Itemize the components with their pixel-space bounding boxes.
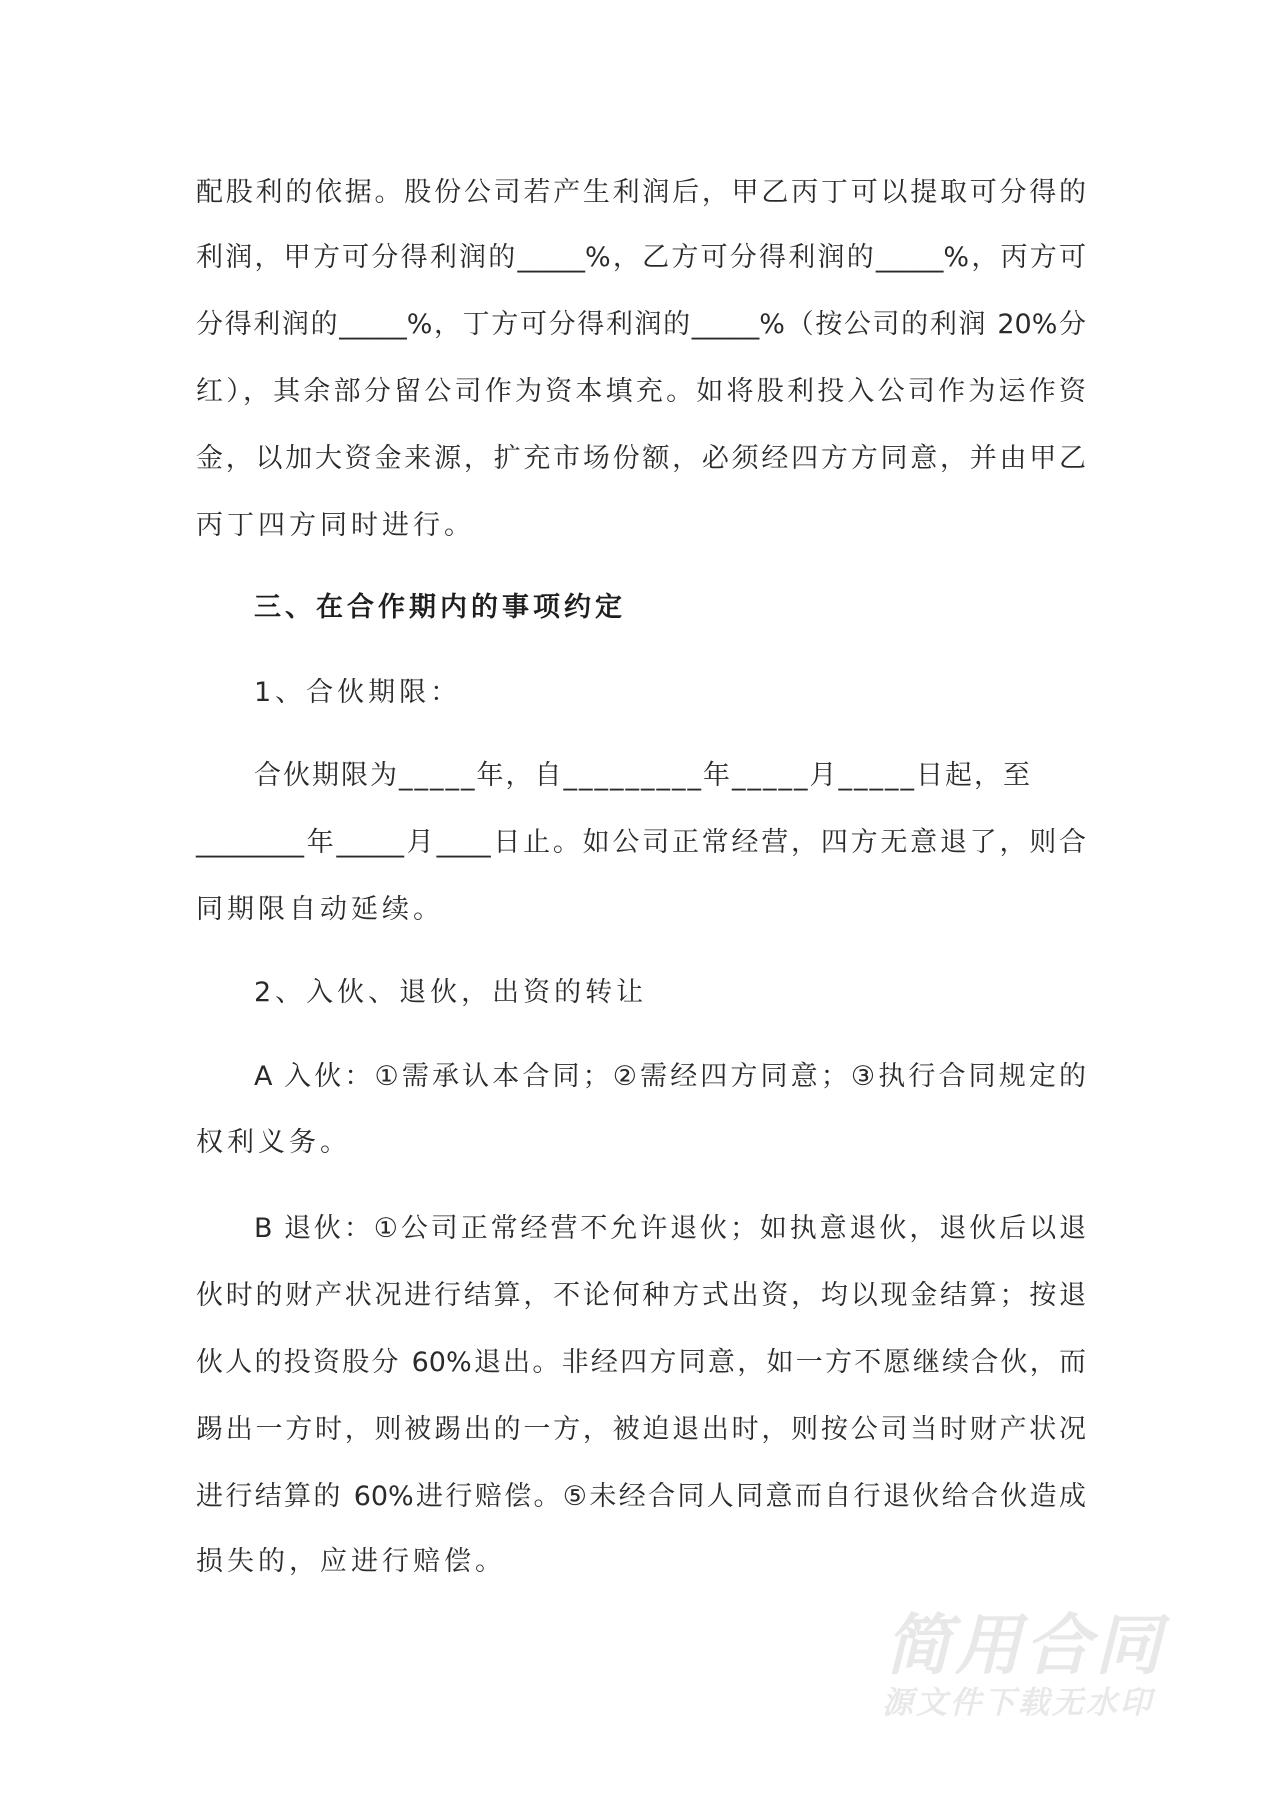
paragraph-line: 金，以加大资金来源，扩充市场份额，必须经四方方同意，并由甲乙 [196, 442, 1086, 476]
clause-b-line: 伙人的投资股分 60%退出。非经四方同意，如一方不愿继续合伙，而 [196, 1346, 1086, 1380]
clause-b-line: 损失的，应进行赔偿。 [196, 1545, 1086, 1579]
paragraph-line: 丙丁四方同时进行。 [196, 509, 1086, 543]
watermark-subtitle: 源文件下载无水印 [882, 1677, 1154, 1722]
section-heading: 三、在合作期内的事项约定 [254, 591, 1086, 625]
clause-b-line: 踢出一方时，则被踢出的一方，被迫退出时，则按公司当时财产状况 [196, 1413, 1086, 1447]
clause-a-line: 权利义务。 [196, 1126, 1086, 1160]
watermark-title: 简用合同 [885, 1592, 1165, 1687]
document-page: 配股利的依据。股份公司若产生利润后，甲乙丙丁可以提取可分得的 利润，甲方可分得利… [0, 0, 1280, 1810]
paragraph-line: 合伙期限为_____年，自_________年_____月_____日起，至 [254, 759, 1086, 793]
paragraph-line: 同期限自动延续。 [196, 893, 1086, 927]
clause-a-line: A 入伙：①需承认本合同；②需经四方同意；③执行合同规定的 [254, 1060, 1086, 1094]
paragraph-line: ________年_____月____日止。如公司正常经营，四方无意退了，则合 [196, 826, 1086, 860]
item-title: 1、合伙期限： [254, 676, 1086, 710]
clause-b-line: B 退伙：①公司正常经营不允许退伙；如执意退伙，退伙后以退 [254, 1212, 1086, 1246]
clause-b-line: 伙时的财产状况进行结算，不论何种方式出资，均以现金结算；按退 [196, 1279, 1086, 1313]
paragraph-line: 利润，甲方可分得利润的_____%，乙方可分得利润的_____%，丙方可 [196, 241, 1086, 275]
paragraph-line: 分得利润的_____%，丁方可分得利润的_____%（按公司的利润 20%分 [196, 308, 1086, 342]
item-title: 2、入伙、退伙，出资的转让 [254, 976, 1086, 1010]
paragraph-line: 红），其余部分留公司作为资本填充。如将股利投入公司作为运作资 [196, 375, 1086, 409]
paragraph-line: 配股利的依据。股份公司若产生利润后，甲乙丙丁可以提取可分得的 [196, 176, 1086, 210]
clause-b-line: 进行结算的 60%进行赔偿。⑤未经合同人同意而自行退伙给合伙造成 [196, 1480, 1086, 1514]
